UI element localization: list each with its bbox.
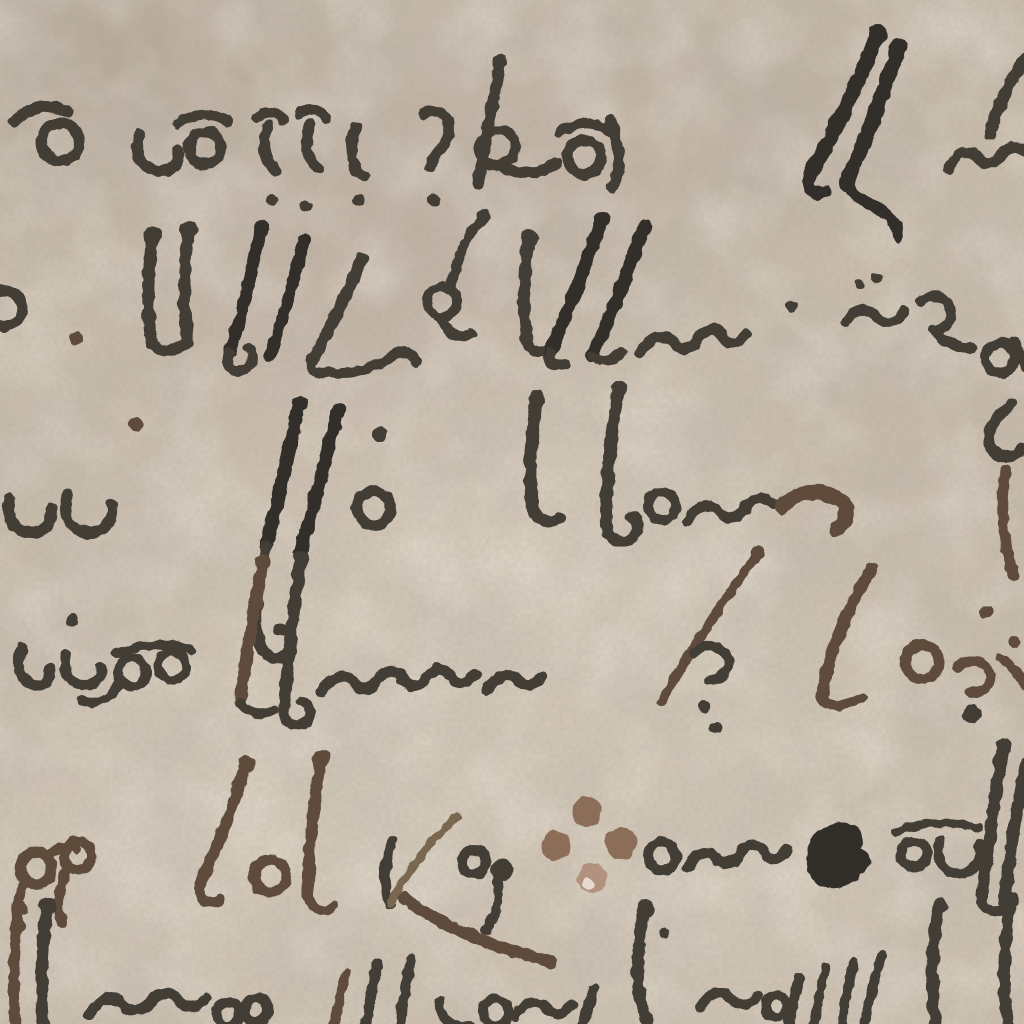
ink-dot	[698, 700, 710, 712]
ink-dot	[427, 193, 441, 207]
manuscript-photo	[0, 0, 1024, 1024]
ink-dot	[710, 722, 722, 734]
ink-stroke	[184, 234, 188, 342]
ink-dot	[786, 300, 798, 312]
ink-dot	[963, 705, 981, 723]
ink-dot	[979, 605, 993, 619]
ink-dot	[1008, 636, 1020, 648]
ink-dot	[69, 331, 83, 345]
ink-dot	[129, 417, 143, 431]
ink-dot	[855, 279, 865, 289]
ink-dot	[605, 827, 637, 859]
ink-dot	[266, 194, 278, 206]
ink-dot	[658, 928, 670, 940]
ink-dot	[477, 209, 491, 223]
ink-stroke	[1004, 904, 1010, 1024]
ink-dot	[352, 194, 364, 206]
ink-dot	[872, 273, 882, 283]
ink-dot	[373, 427, 387, 441]
ink-stroke	[932, 910, 938, 1024]
ink-dot	[300, 200, 312, 212]
manuscript-ink-layer	[0, 0, 1024, 1024]
ink-stroke	[42, 910, 46, 1024]
ink-dot	[572, 797, 602, 827]
ink-dot	[541, 831, 571, 861]
ink-dot	[491, 859, 513, 881]
ink-stroke	[148, 240, 152, 344]
ink-stroke	[14, 912, 18, 1024]
ink-dot	[577, 863, 607, 893]
ink-dot	[582, 878, 594, 890]
ink-dot	[66, 614, 78, 626]
ink-stroke	[524, 242, 528, 346]
